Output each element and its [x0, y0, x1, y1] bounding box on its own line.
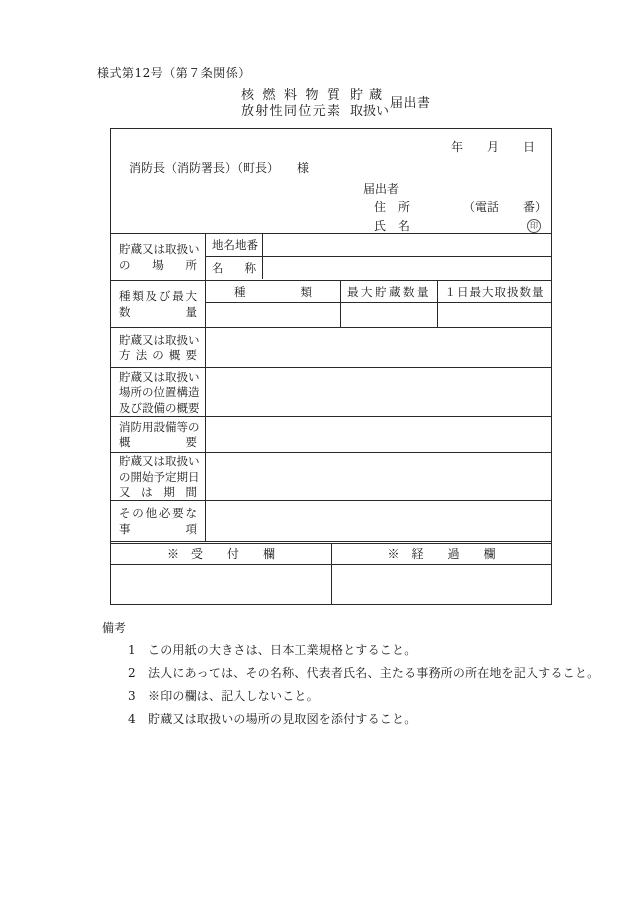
daily-max-input-cell[interactable]	[438, 303, 551, 327]
row-content-location: 地名地番 名称	[206, 234, 551, 280]
label-line: 貯蔵又は取扱い	[119, 369, 197, 385]
remark-text: この用紙の大きさは、日本工業規格とすること。	[148, 642, 602, 658]
phone-label: （電話 番）	[463, 198, 547, 215]
label-line: 消防用設備等の	[119, 419, 197, 435]
remark-text: ※印の欄は、記入しないこと。	[148, 688, 602, 704]
form-page: 様式第12号（第７条関係） 核燃料物質 貯蔵 放射性同位元素 取扱い 届出書 年…	[0, 0, 630, 903]
remark-text: 貯蔵又は取扱いの場所の見取図を添付すること。	[148, 711, 602, 727]
table-header-section: 年 月 日 消防長（消防署長）（町長） 様 届出者 住 所 （電話 番） 氏 名…	[111, 129, 551, 233]
progress-column-header: ※ 経 過 欄	[332, 544, 551, 565]
title-option2: 放射性同位元素 取扱い	[241, 101, 382, 117]
subrow-lot-number: 地名地番	[206, 234, 551, 256]
address-label: 住 所	[374, 198, 410, 215]
form-title: 核燃料物質 貯蔵 放射性同位元素 取扱い 届出書	[241, 85, 431, 117]
table-row-fire-equipment: 消防用設備等の 概要	[111, 416, 551, 452]
start-date-input-cell[interactable]	[206, 453, 551, 500]
subrow-name: 名称	[206, 256, 551, 279]
daily-max-header-text: １日最大取扱数量	[445, 284, 545, 300]
name-label: 氏 名	[374, 217, 410, 234]
table-row-location: 貯蔵又は取扱い の場所 地名地番 名称	[111, 233, 551, 280]
lot-number-input-cell[interactable]	[263, 234, 551, 256]
label-line: の場所	[119, 257, 197, 273]
lot-number-label-cell: 地名地番	[206, 234, 263, 256]
title-suffix: 届出書	[390, 92, 431, 111]
seal-mark-icon: 印	[527, 219, 541, 233]
title-option2-action: 取扱い	[350, 100, 382, 119]
row-label-kind-quantity: 種類及び最大 数量	[111, 281, 206, 327]
title-options: 核燃料物質 貯蔵 放射性同位元素 取扱い	[241, 85, 382, 117]
label-line: 場所の位置構造	[119, 384, 197, 400]
method-input-cell[interactable]	[206, 328, 551, 367]
place-name-label: 名称	[212, 260, 256, 276]
form-number: 様式第12号（第７条関係）	[97, 64, 251, 81]
title-option2-subject: 放射性同位元素	[241, 100, 340, 119]
notifier-label: 届出者	[363, 180, 399, 197]
remark-item-4: 4 貯蔵又は取扱いの場所の見取図を添付すること。	[128, 711, 602, 727]
column-kind: 種類	[206, 281, 341, 327]
row-content-kind-quantity: 種類 最大貯蔵数量 １日最大取扱数量	[206, 281, 551, 327]
address-line: 住 所 （電話 番）	[374, 198, 547, 215]
row-label-structure: 貯蔵又は取扱い 場所の位置構造 及び設備の概要	[111, 368, 206, 416]
reception-input-cell[interactable]	[111, 565, 331, 604]
daily-max-column-header: １日最大取扱数量	[438, 281, 551, 303]
row-label-method: 貯蔵又は取扱い 方法の概要	[111, 328, 206, 367]
label-line: 貯蔵又は取扱い	[119, 453, 197, 469]
office-use-section: ※ 受 付 欄 ※ 経 過 欄	[111, 543, 551, 604]
label-line: 種類及び最大	[119, 289, 197, 305]
label-line: その他必要な	[119, 506, 197, 522]
progress-input-cell[interactable]	[332, 565, 551, 604]
addressee: 消防長（消防署長）（町長） 様	[129, 159, 309, 176]
table-row-other: その他必要な 事項	[111, 500, 551, 541]
table-row-method: 貯蔵又は取扱い 方法の概要	[111, 327, 551, 367]
remark-item-2: 2 法人にあっては、その名称、代表者氏名、主たる事務所の所在地を記入すること。	[128, 665, 602, 681]
remarks-heading: 備考	[102, 619, 602, 635]
row-label-start-date: 貯蔵又は取扱い の開始予定期日 又は期間	[111, 453, 206, 500]
label-line: 及び設備の概要	[119, 400, 197, 416]
max-storage-input-cell[interactable]	[341, 303, 437, 327]
remark-number: 1	[128, 642, 148, 658]
label-line: 貯蔵又は取扱い	[119, 242, 197, 258]
remark-number: 4	[128, 711, 148, 727]
label-line: 貯蔵又は取扱い	[119, 332, 197, 348]
remark-number: 3	[128, 688, 148, 704]
label-line: 方法の概要	[119, 348, 197, 364]
remark-item-3: 3 ※印の欄は、記入しないこと。	[128, 688, 602, 704]
row-label-fire-equipment: 消防用設備等の 概要	[111, 417, 206, 452]
max-storage-header-text: 最大貯蔵数量	[347, 284, 431, 300]
row-label-location: 貯蔵又は取扱い の場所	[111, 234, 206, 280]
name-line: 氏 名 印	[374, 217, 541, 234]
place-name-input-cell[interactable]	[263, 257, 551, 279]
other-input-cell[interactable]	[206, 501, 551, 541]
progress-column: ※ 経 過 欄	[331, 544, 551, 604]
label-line: 又は期間	[119, 484, 197, 500]
name-label-cell: 名称	[206, 257, 263, 279]
form-table: 年 月 日 消防長（消防署長）（町長） 様 届出者 住 所 （電話 番） 氏 名…	[110, 128, 552, 605]
reception-column: ※ 受 付 欄	[111, 544, 331, 604]
table-row-structure: 貯蔵又は取扱い 場所の位置構造 及び設備の概要	[111, 367, 551, 416]
label-line: 事項	[119, 521, 197, 537]
max-storage-column-header: 最大貯蔵数量	[341, 281, 437, 303]
remark-item-1: 1 この用紙の大きさは、日本工業規格とすること。	[128, 642, 602, 658]
label-line: 数量	[119, 304, 197, 320]
reception-column-header: ※ 受 付 欄	[111, 544, 331, 565]
label-line: 概要	[119, 435, 197, 451]
column-max-storage: 最大貯蔵数量	[341, 281, 438, 327]
kind-column-header: 種類	[206, 281, 340, 303]
table-row-kind-quantity: 種類及び最大 数量 種類 最大貯蔵数量	[111, 280, 551, 327]
seal-mark-text: 印	[530, 222, 538, 230]
date-line: 年 月 日	[451, 138, 535, 155]
lot-number-label: 地名地番	[212, 237, 258, 253]
column-daily-max-handling: １日最大取扱数量	[438, 281, 551, 327]
kind-header-text: 種類	[234, 284, 312, 300]
remark-text: 法人にあっては、その名称、代表者氏名、主たる事務所の所在地を記入すること。	[148, 665, 602, 681]
fire-equipment-input-cell[interactable]	[206, 417, 551, 452]
remarks-section: 備考 1 この用紙の大きさは、日本工業規格とすること。 2 法人にあっては、その…	[102, 619, 602, 727]
kind-input-cell[interactable]	[206, 303, 340, 327]
remark-number: 2	[128, 665, 148, 681]
table-row-start-date: 貯蔵又は取扱い の開始予定期日 又は期間	[111, 452, 551, 500]
structure-input-cell[interactable]	[206, 368, 551, 416]
row-label-other: その他必要な 事項	[111, 501, 206, 541]
label-line: の開始予定期日	[119, 469, 197, 485]
